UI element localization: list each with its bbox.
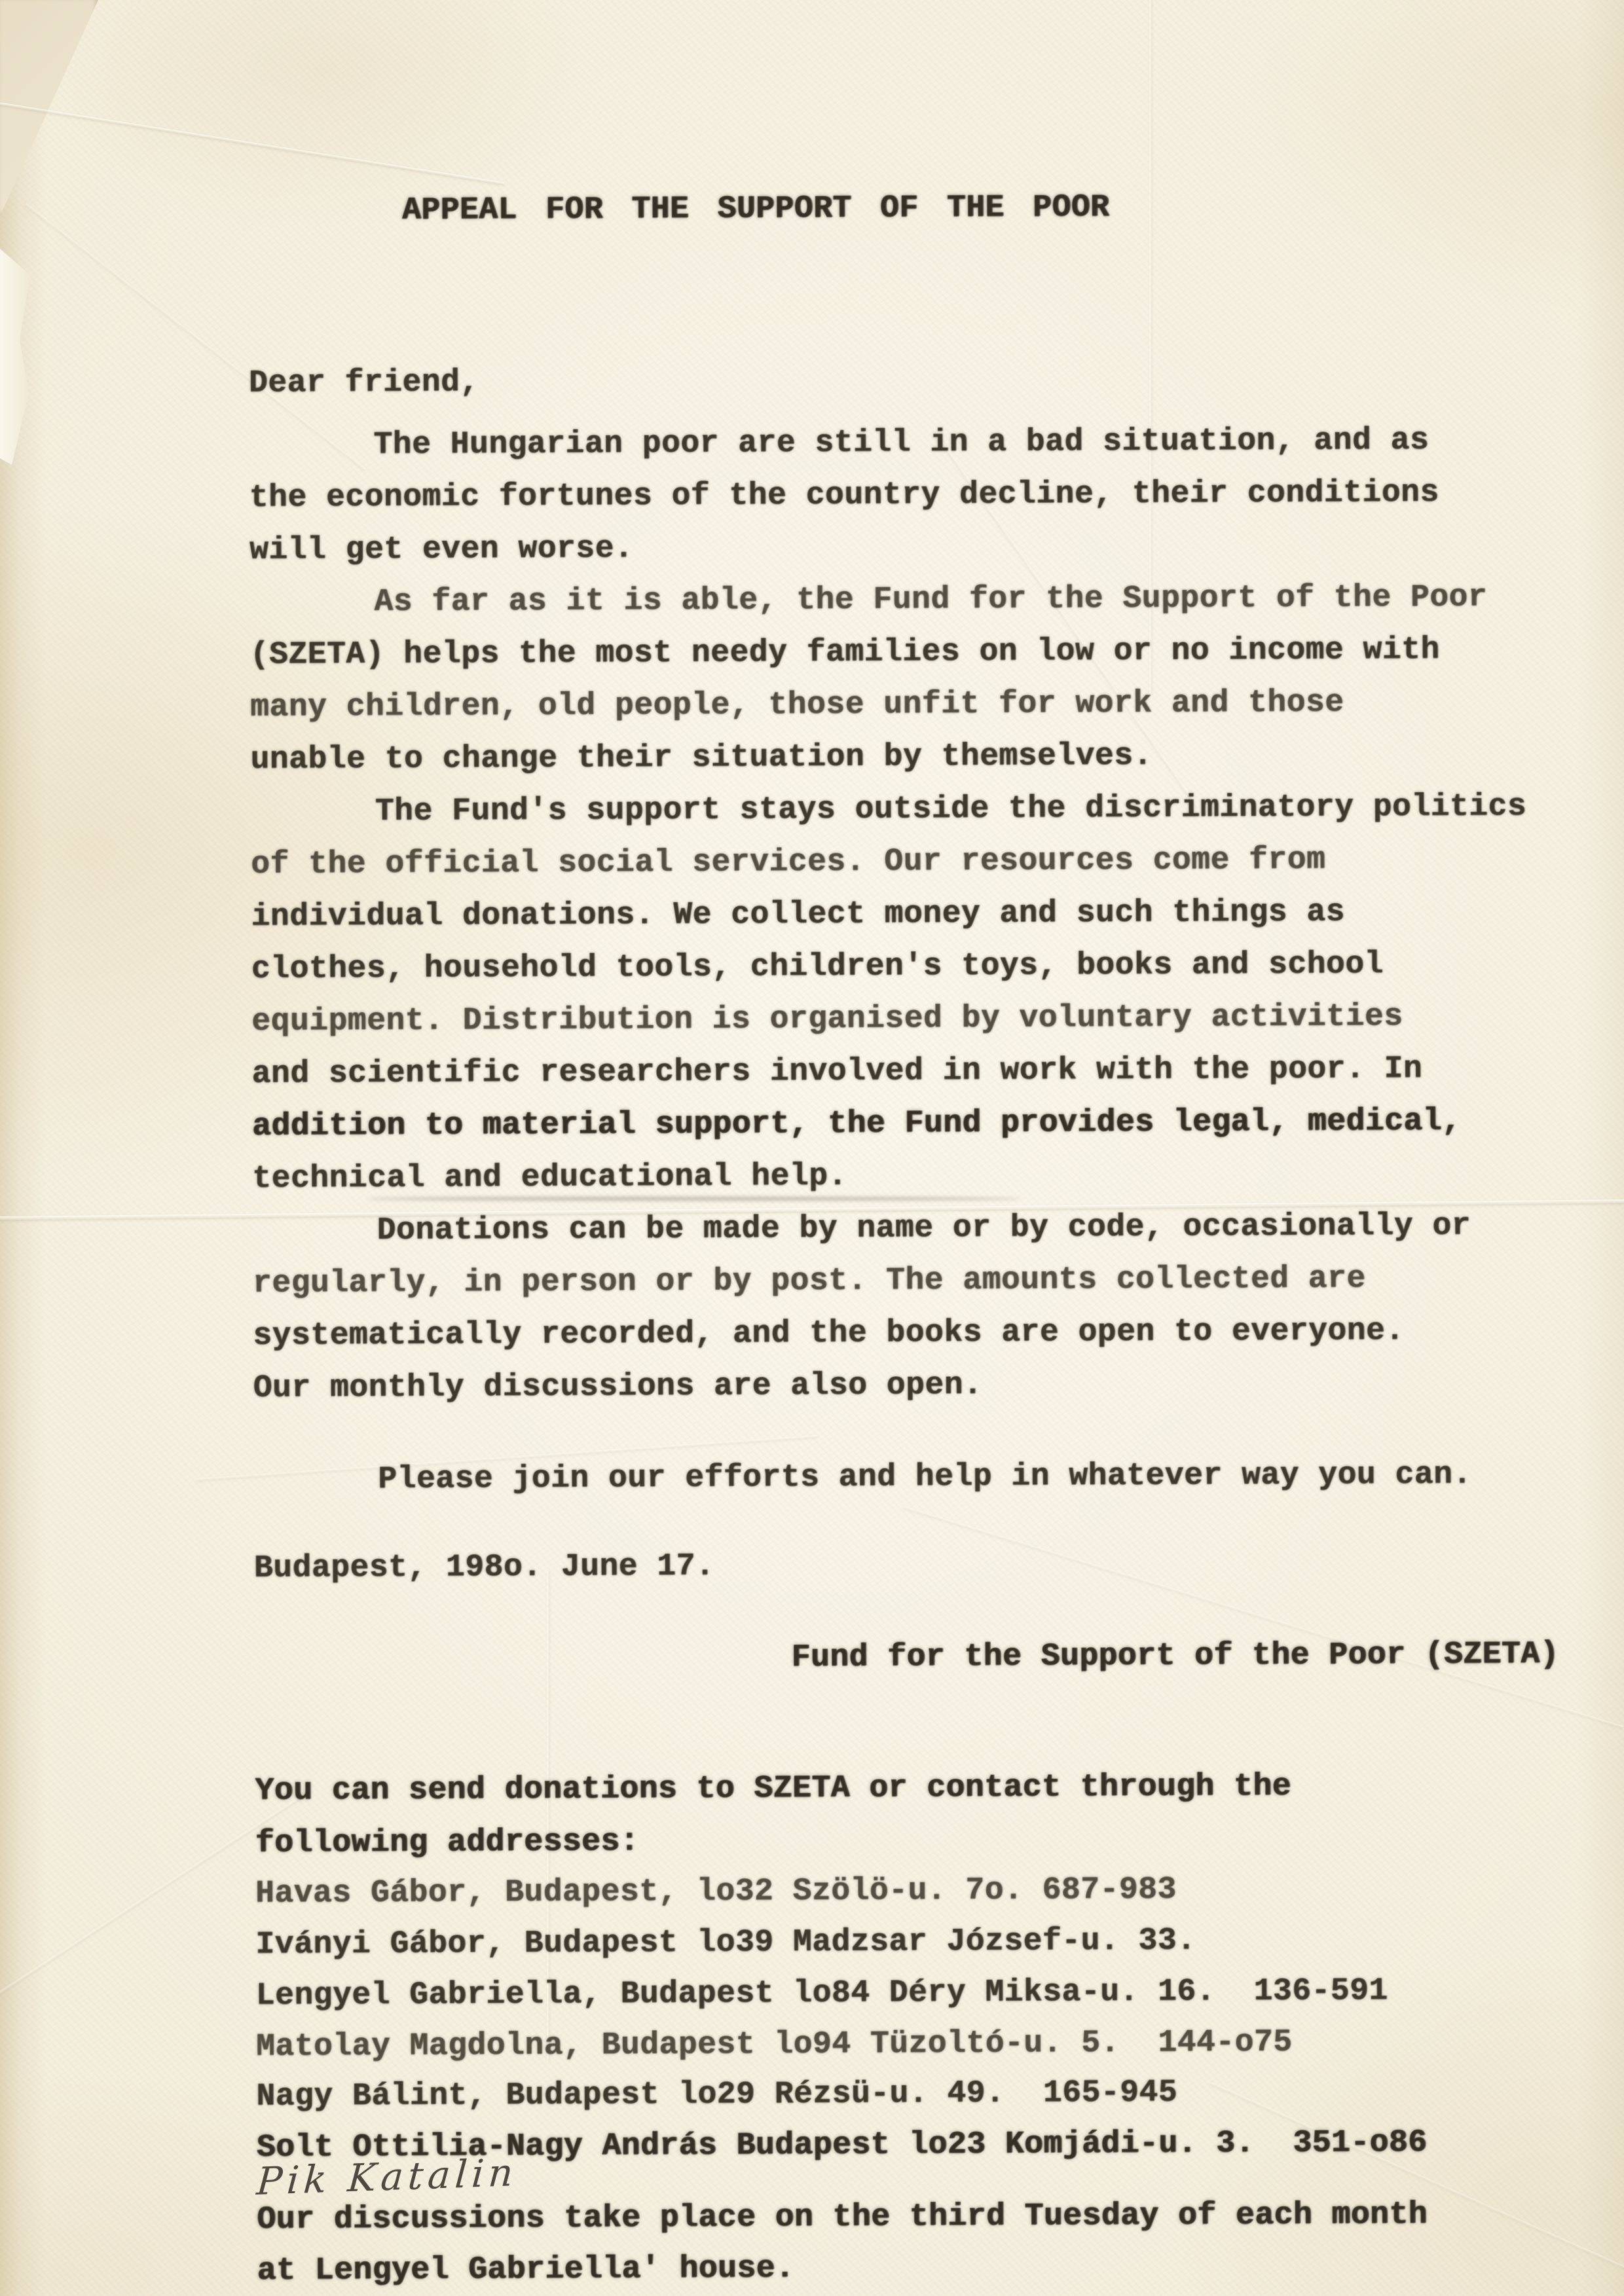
letter-line: systematically recorded, and the books a… xyxy=(253,1313,1405,1355)
letter-line: addition to material support, the Fund p… xyxy=(252,1104,1461,1145)
contact-intro-line: You can send donations to SZETA or conta… xyxy=(255,1769,1291,1810)
letter-line: the economic fortunes of the country dec… xyxy=(249,475,1439,517)
address-line: Lengyel Gabriella, Budapest lo84 Déry Mi… xyxy=(256,1973,1388,2014)
letter-line: many children, old people, those unfit f… xyxy=(250,685,1344,725)
letter-line: As far as it is able, the Fund for the S… xyxy=(374,579,1487,621)
letter-line: The Fund's support stays outside the dis… xyxy=(375,789,1527,830)
closing-request: Please join our efforts and help in what… xyxy=(378,1457,1472,1498)
letter-line: individual donations. We collect money a… xyxy=(251,894,1345,935)
letter-line: Our monthly discussions are also open. xyxy=(253,1368,982,1407)
handwritten-name-note: Pik Katalin xyxy=(255,2153,519,2200)
letter-line: technical and educational help. xyxy=(252,1159,847,1197)
letter-line: of the official social services. Our res… xyxy=(251,843,1325,883)
letter-line: The Hungarian poor are still in a bad si… xyxy=(373,423,1429,464)
letter-line: equipment. Distribution is organised by … xyxy=(251,999,1403,1040)
signature-line: Fund for the Support of the Poor (SZETA) xyxy=(791,1637,1559,1676)
contact-intro-line: following addresses: xyxy=(255,1824,639,1862)
address-line: Iványi Gábor, Budapest lo39 Madzsar Józs… xyxy=(255,1923,1196,1963)
letter-line: Donations can be made by name or by code… xyxy=(377,1209,1471,1249)
dateline: Budapest, 198o. June 17. xyxy=(254,1549,715,1587)
letter-title: APPEAL FOR THE SUPPORT OF THE POOR xyxy=(402,190,1110,229)
address-line: Matolay Magdolna, Budapest lo94 Tüzoltó-… xyxy=(256,2025,1293,2066)
letter-line: (SZETA) helps the most needy families on… xyxy=(250,632,1440,674)
address-line: Nagy Bálint, Budapest lo29 Rézsü-u. 49. … xyxy=(256,2075,1177,2115)
letter-line: unable to change their situation by them… xyxy=(250,738,1153,778)
scanned-letter-page: APPEAL FOR THE SUPPORT OF THE POOR Dear … xyxy=(0,0,1624,2296)
letter-line: clothes, household tools, children's toy… xyxy=(251,947,1384,988)
letter-line: and scientific researchers involved in w… xyxy=(251,1051,1422,1093)
salutation: Dear friend, xyxy=(249,365,479,402)
footer-line: Our discussions take place on the third … xyxy=(257,2197,1428,2238)
typed-text-layer: APPEAL FOR THE SUPPORT OF THE POOR Dear … xyxy=(0,0,1624,2296)
footer-line: at Lengyel Gabriella' house. xyxy=(257,2251,794,2289)
letter-line: will get even worse. xyxy=(249,531,633,569)
address-line: Havas Gábor, Budapest, lo32 Szölö-u. 7o.… xyxy=(255,1872,1177,1912)
letter-line: regularly, in person or by post. The amo… xyxy=(253,1261,1366,1302)
